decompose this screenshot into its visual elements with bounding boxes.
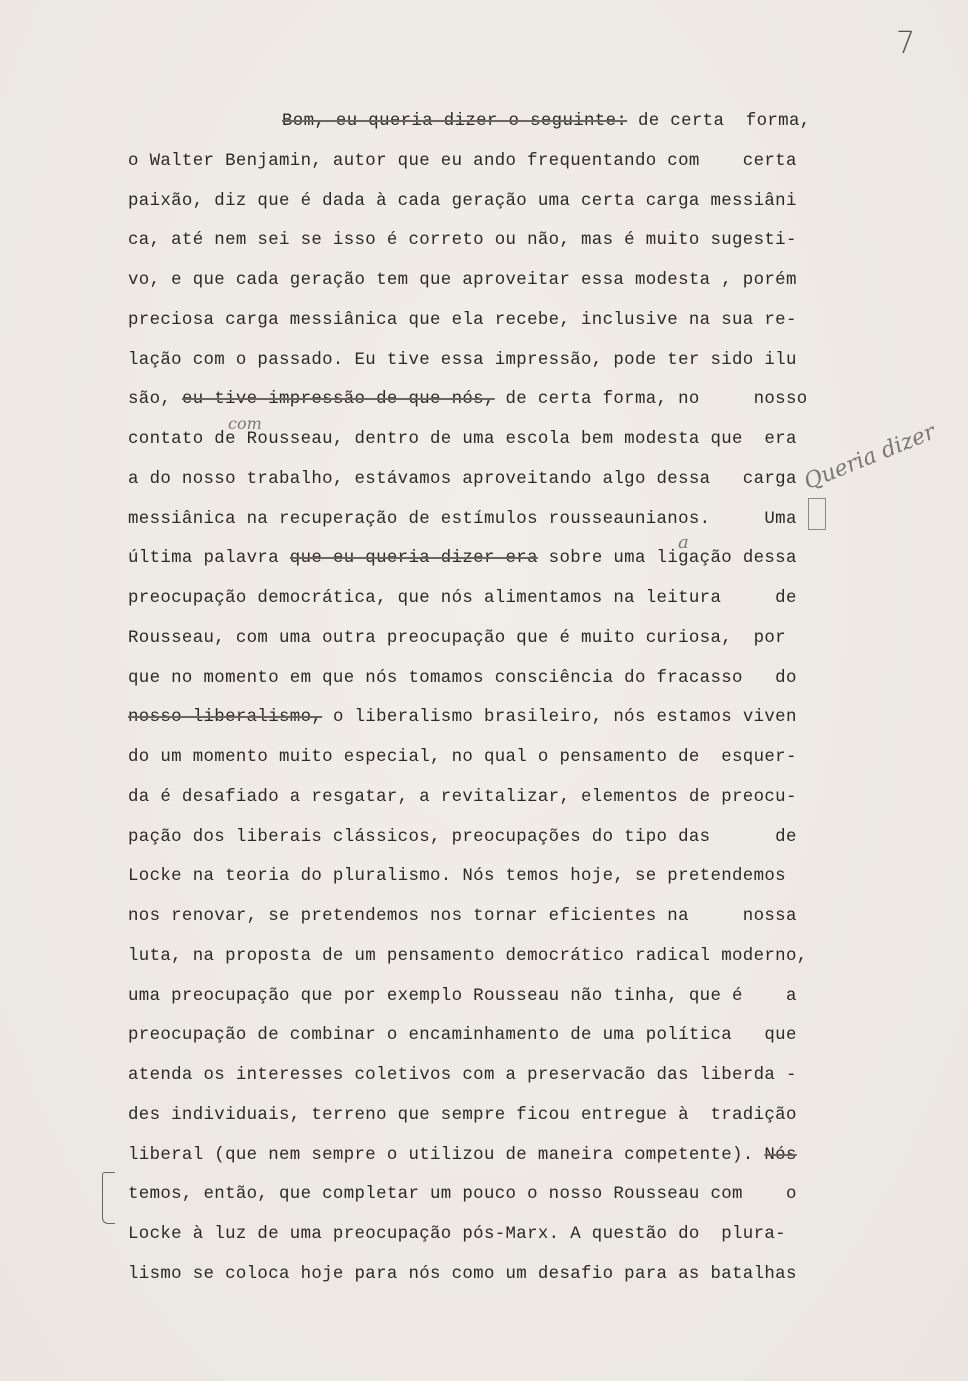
typed-text: lismo se coloca hoje para nós como um de…	[128, 1265, 797, 1284]
typed-text: Locke na teoria do pluralismo. Nós temos…	[128, 867, 786, 886]
typed-text: uma preocupação que por exemplo Rousseau…	[128, 987, 797, 1006]
struck-text: Bom, eu queria dizer o seguinte:	[282, 112, 627, 131]
text-line: nosso liberalismo, o liberalismo brasile…	[128, 707, 870, 729]
typed-text: paixão, diz que é dada à cada geração um…	[128, 192, 797, 211]
typed-text: são,	[128, 390, 182, 409]
typed-text: Rousseau, com uma outra preocupação que …	[128, 629, 786, 648]
typewritten-page: 7 Bom, eu queria dizer o seguinte: de ce…	[0, 0, 968, 1381]
text-line: liberal (que nem sempre o utilizou de ma…	[128, 1145, 870, 1167]
typed-text: que no momento em que nós tomamos consci…	[128, 669, 797, 688]
struck-text: nosso liberalismo,	[128, 708, 322, 727]
text-line: paixão, diz que é dada à cada geração um…	[128, 191, 870, 213]
text-line: da é desafiado a resgatar, a revitalizar…	[128, 787, 870, 809]
typed-text: preciosa carga messiânica que ela recebe…	[128, 311, 797, 330]
text-line: do um momento muito especial, no qual o …	[128, 747, 870, 769]
text-line: lação com o passado. Eu tive essa impres…	[128, 350, 870, 372]
text-line: que no momento em que nós tomamos consci…	[128, 668, 870, 690]
struck-text: eu tive impressão de que nós,	[182, 390, 495, 409]
text-line: Rousseau, com uma outra preocupação que …	[128, 628, 870, 650]
text-line: atenda os interesses coletivos com a pre…	[128, 1065, 870, 1087]
text-line: des individuais, terreno que sempre fico…	[128, 1105, 870, 1127]
typed-text: luta, na proposta de um pensamento democ…	[128, 947, 808, 966]
text-line: o Walter Benjamin, autor que eu ando fre…	[128, 151, 870, 173]
text-line: ca, até nem sei se isso é correto ou não…	[128, 230, 870, 252]
text-line: preciosa carga messiânica que ela recebe…	[128, 310, 870, 332]
typed-text: ca, até nem sei se isso é correto ou não…	[128, 231, 797, 250]
struck-text: que eu queria dizer era	[290, 549, 538, 568]
typed-text: lação com o passado. Eu tive essa impres…	[128, 351, 797, 370]
typed-text: pação dos liberais clássicos, preocupaçõ…	[128, 828, 797, 847]
struck-text: Nós	[764, 1146, 796, 1165]
text-line: Bom, eu queria dizer o seguinte: de cert…	[282, 111, 968, 133]
text-line: preocupação democrática, que nós aliment…	[128, 588, 870, 610]
typed-text: liberal (que nem sempre o utilizou de ma…	[128, 1146, 764, 1165]
typed-text: preocupação democrática, que nós aliment…	[128, 589, 797, 608]
handwritten-insert-a: a	[678, 532, 689, 553]
typed-text: atenda os interesses coletivos com a pre…	[128, 1066, 797, 1085]
text-line: vo, e que cada geração tem que aproveita…	[128, 270, 870, 292]
text-line: messiânica na recuperação de estímulos r…	[128, 509, 870, 531]
typed-text: nos renovar, se pretendemos nos tornar e…	[128, 907, 797, 926]
page-number: 7	[896, 26, 915, 61]
typed-text: preocupação de combinar o encaminhamento…	[128, 1026, 797, 1045]
text-line: Locke na teoria do pluralismo. Nós temos…	[128, 866, 870, 888]
typed-text: messiânica na recuperação de estímulos r…	[128, 510, 797, 529]
text-line: temos, então, que completar um pouco o n…	[128, 1184, 870, 1206]
margin-insert-mark	[808, 498, 826, 530]
text-line: luta, na proposta de um pensamento democ…	[128, 946, 870, 968]
text-line: nos renovar, se pretendemos nos tornar e…	[128, 906, 870, 928]
margin-bracket	[102, 1172, 115, 1224]
typed-text: última palavra	[128, 549, 290, 568]
handwritten-insert-com: com	[228, 414, 262, 433]
text-line: a do nosso trabalho, estávamos aproveita…	[128, 469, 870, 491]
text-line: lismo se coloca hoje para nós como um de…	[128, 1264, 870, 1286]
text-line: preocupação de combinar o encaminhamento…	[128, 1025, 870, 1047]
typed-text: o Walter Benjamin, autor que eu ando fre…	[128, 152, 797, 171]
typed-text: Locke à luz de uma preocupação pós-Marx.…	[128, 1225, 786, 1244]
text-line: uma preocupação que por exemplo Rousseau…	[128, 986, 870, 1008]
typed-text: a do nosso trabalho, estávamos aproveita…	[128, 470, 797, 489]
typed-text: vo, e que cada geração tem que aproveita…	[128, 271, 797, 290]
typed-text: de certa forma,	[627, 112, 810, 131]
text-line: última palavra que eu queria dizer era s…	[128, 548, 870, 570]
typed-text: temos, então, que completar um pouco o n…	[128, 1185, 797, 1204]
typed-text: de certa forma, no nosso	[495, 390, 808, 409]
text-line: Locke à luz de uma preocupação pós-Marx.…	[128, 1224, 870, 1246]
typed-text: des individuais, terreno que sempre fico…	[128, 1106, 797, 1125]
text-line: pação dos liberais clássicos, preocupaçõ…	[128, 827, 870, 849]
typed-text: sobre uma ligação dessa	[538, 549, 797, 568]
typed-text: o liberalismo brasileiro, nós estamos vi…	[322, 708, 797, 727]
typed-text: da é desafiado a resgatar, a revitalizar…	[128, 788, 797, 807]
typed-text: do um momento muito especial, no qual o …	[128, 748, 797, 767]
text-line: são, eu tive impressão de que nós, de ce…	[128, 389, 870, 411]
